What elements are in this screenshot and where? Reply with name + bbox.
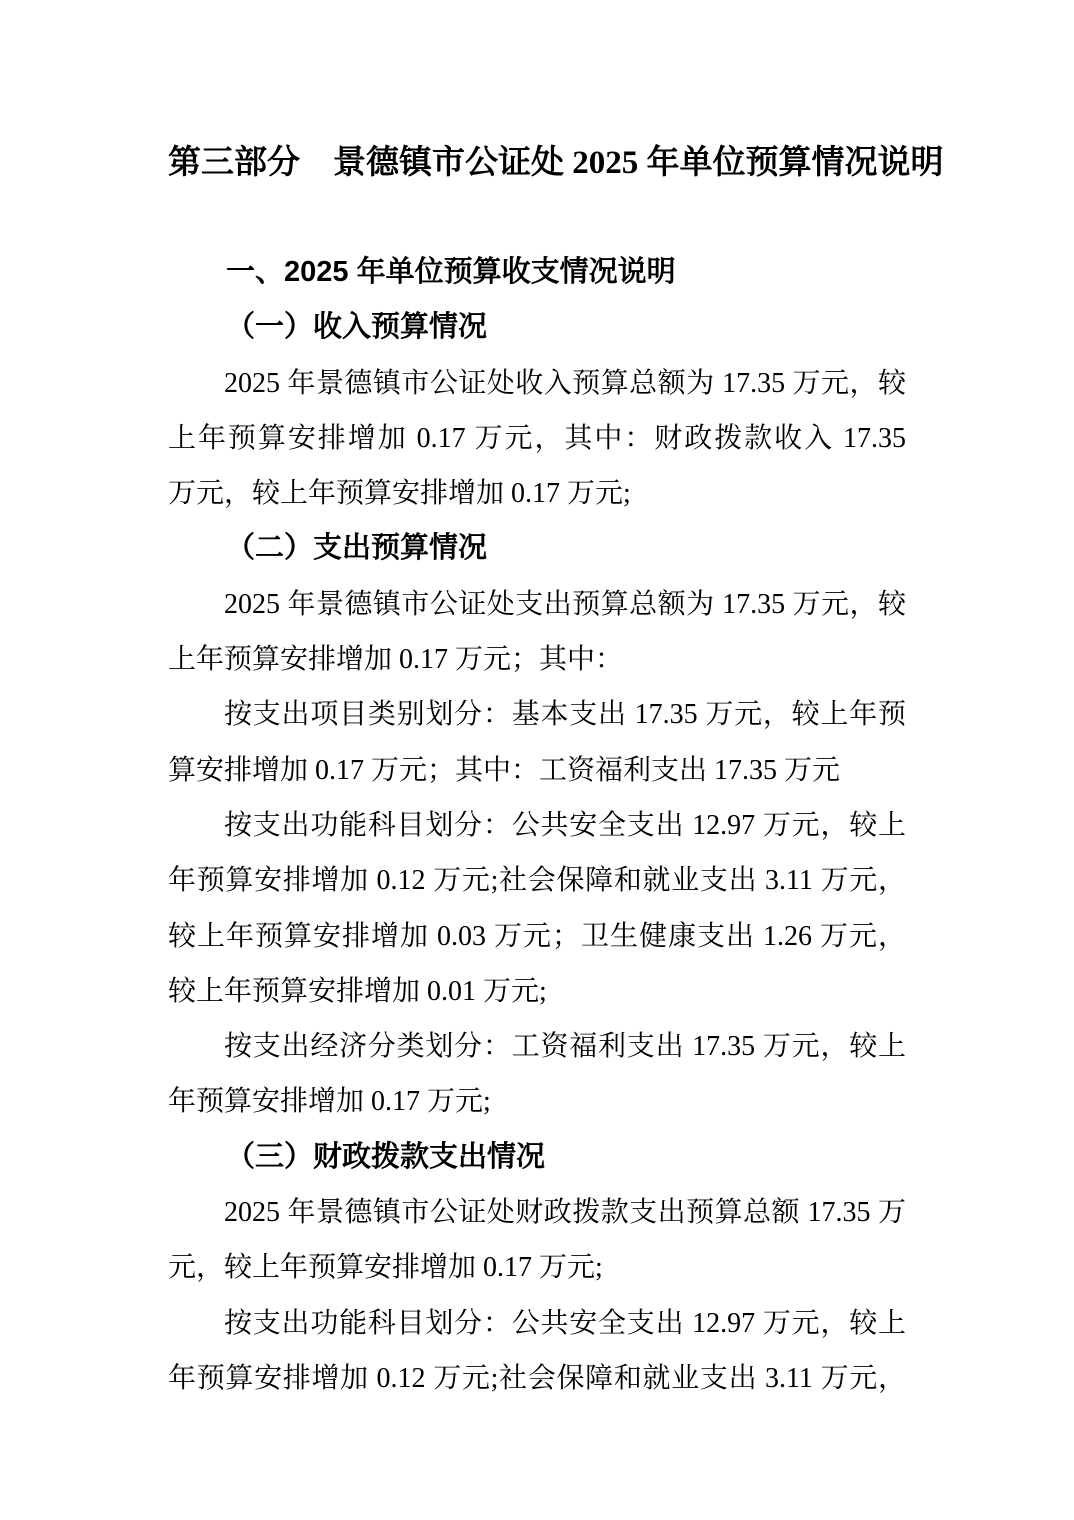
body-text-line: 算安排增加 0.17 万元；其中：工资福利支出 17.35 万元 bbox=[168, 743, 906, 798]
body-text-line: 2025 年景德镇市公证处收入预算总额为 17.35 万元，较 bbox=[168, 356, 906, 411]
document-title: 第三部分 景德镇市公证处 2025 年单位预算情况说明 bbox=[168, 141, 906, 185]
body-text-line: 年预算安排增加 0.17 万元; bbox=[168, 1074, 906, 1129]
body-text-line: 按支出经济分类划分：工资福利支出 17.35 万元，较上 bbox=[168, 1019, 906, 1074]
subsection-heading: （二）支出预算情况 bbox=[168, 521, 906, 576]
body-text-line: 按支出功能科目划分：公共安全支出 12.97 万元，较上 bbox=[168, 1296, 906, 1351]
body-text-line: 万元，较上年预算安排增加 0.17 万元; bbox=[168, 466, 906, 521]
body-text-line: 元，较上年预算安排增加 0.17 万元; bbox=[168, 1240, 906, 1295]
body-text-line: 2025 年景德镇市公证处支出预算总额为 17.35 万元，较 bbox=[168, 577, 906, 632]
document-page: 第三部分 景德镇市公证处 2025 年单位预算情况说明 一、2025 年单位预算… bbox=[0, 0, 1074, 1520]
body-text-line: 较上年预算安排增加 0.03 万元；卫生健康支出 1.26 万元， bbox=[168, 909, 906, 964]
document-body: 一、2025 年单位预算收支情况说明（一）收入预算情况2025 年景德镇市公证处… bbox=[168, 245, 906, 1406]
body-text-line: 年预算安排增加 0.12 万元;社会保障和就业支出 3.11 万元， bbox=[168, 853, 906, 908]
section-heading: 一、2025 年单位预算收支情况说明 bbox=[168, 245, 906, 300]
body-text-line: 上年预算安排增加 0.17 万元，其中：财政拨款收入 17.35 bbox=[168, 411, 906, 466]
body-text-line: 2025 年景德镇市公证处财政拨款支出预算总额 17.35 万 bbox=[168, 1185, 906, 1240]
body-text-line: 按支出功能科目划分：公共安全支出 12.97 万元，较上 bbox=[168, 798, 906, 853]
body-text-line: 按支出项目类别划分：基本支出 17.35 万元，较上年预 bbox=[168, 687, 906, 742]
subsection-heading: （三）财政拨款支出情况 bbox=[168, 1130, 906, 1185]
body-text-line: 年预算安排增加 0.12 万元;社会保障和就业支出 3.11 万元， bbox=[168, 1351, 906, 1406]
body-text-line: 较上年预算安排增加 0.01 万元; bbox=[168, 964, 906, 1019]
body-text-line: 上年预算安排增加 0.17 万元；其中： bbox=[168, 632, 906, 687]
subsection-heading: （一）收入预算情况 bbox=[168, 300, 906, 355]
